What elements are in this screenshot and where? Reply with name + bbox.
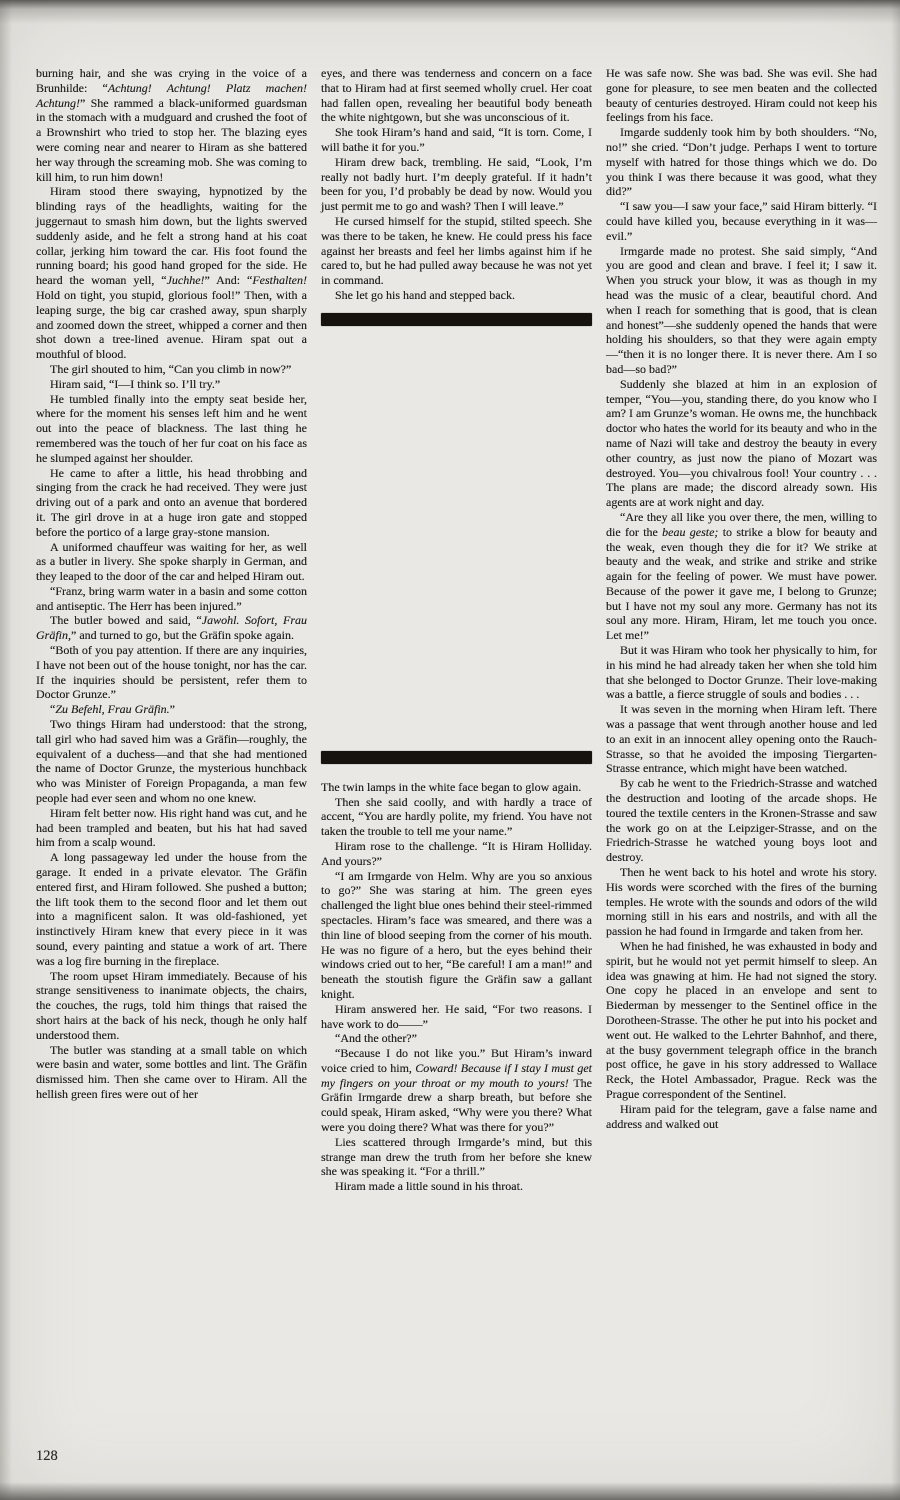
paragraph: He cursed himself for the stupid, stilte… <box>321 214 592 288</box>
paragraph: By cab he went to the Friedrich-Strasse … <box>606 776 877 865</box>
paragraph: “And the other?” <box>321 1031 592 1046</box>
paragraph: The girl shouted to him, “Can you climb … <box>36 362 307 377</box>
paragraph: “Because I do not like you.” But Hiram’s… <box>321 1046 592 1135</box>
paragraph: Suddenly she blazed at him in an explosi… <box>606 377 877 510</box>
paragraph: Hiram drew back, trembling. He said, “Lo… <box>321 155 592 214</box>
paragraph: When he had finished, he was exhausted i… <box>606 939 877 1102</box>
paragraph: “I saw you—I saw your face,” said Hiram … <box>606 199 877 243</box>
paragraph: Hiram rose to the challenge. “It is Hira… <box>321 839 592 869</box>
text-column-2: eyes, and there was tenderness and conce… <box>321 66 592 1194</box>
paragraph: The room upset Hiram immediately. Becaus… <box>36 969 307 1043</box>
text-content: burning hair, and she was crying in the … <box>36 66 878 1194</box>
text-column-1: burning hair, and she was crying in the … <box>36 66 307 1194</box>
paragraph: Then she said coolly, and with hardly a … <box>321 795 592 839</box>
paragraph: She let go his hand and stepped back. <box>321 288 592 303</box>
paragraph: The butler was standing at a small table… <box>36 1043 307 1102</box>
paragraph: “Franz, bring warm water in a basin and … <box>36 584 307 614</box>
paragraph: Lies scattered through Irmgarde’s mind, … <box>321 1135 592 1179</box>
scanned-book-page: burning hair, and she was crying in the … <box>0 0 900 1500</box>
paragraph: He was safe now. She was bad. She was ev… <box>606 66 877 125</box>
paragraph: Hiram said, “I—I think so. I’ll try.” <box>36 377 307 392</box>
paragraph: “Are they all like you over there, the m… <box>606 510 877 643</box>
paragraph: “I am Irmgarde von Helm. Why are you so … <box>321 869 592 1002</box>
paragraph: It was seven in the morning when Hiram l… <box>606 702 877 776</box>
scan-edge-top <box>0 0 900 26</box>
paragraph: But it was Hiram who took her physically… <box>606 643 877 702</box>
paragraph: Hiram paid for the telegram, gave a fals… <box>606 1102 877 1132</box>
paragraph: A long passageway led under the house fr… <box>36 850 307 968</box>
paragraph: Hiram made a little sound in his throat. <box>321 1179 592 1194</box>
paragraph: Two things Hiram had understood: that th… <box>36 717 307 806</box>
paragraph: Hiram felt better now. His right hand wa… <box>36 806 307 850</box>
scan-edge-bottom <box>0 1482 900 1500</box>
paragraph: She took Hiram’s hand and said, “It is t… <box>321 125 592 155</box>
text-column-3: He was safe now. She was bad. She was ev… <box>606 66 877 1194</box>
paragraph: Hiram stood there swaying, hypnotized by… <box>36 184 307 362</box>
paragraph: The twin lamps in the white face began t… <box>321 780 592 795</box>
paragraph: “Zu Befehl, Frau Gräfin.” <box>36 702 307 717</box>
paragraph: He came to after a little, his head thro… <box>36 466 307 540</box>
paragraph: Imgarde suddenly took him by both should… <box>606 125 877 199</box>
paragraph: Then he went back to his hotel and wrote… <box>606 865 877 939</box>
paragraph: “Both of you pay attention. If there are… <box>36 643 307 702</box>
paragraph: Hiram answered her. He said, “For two re… <box>321 1002 592 1032</box>
page-number: 128 <box>36 1448 58 1465</box>
paragraph: He tumbled finally into the empty seat b… <box>36 392 307 466</box>
redaction-bar <box>321 313 592 326</box>
illustration-blank <box>321 326 592 751</box>
redaction-bar <box>321 751 592 764</box>
illustration-blank <box>321 303 592 313</box>
scan-edge-left <box>0 0 12 1500</box>
illustration-blank <box>321 764 592 780</box>
paragraph: Irmgarde made no protest. She said simpl… <box>606 244 877 377</box>
paragraph: burning hair, and she was crying in the … <box>36 66 307 184</box>
scan-edge-right <box>891 0 900 1500</box>
paragraph: A uniformed chauffeur was waiting for he… <box>36 540 307 584</box>
paragraph: The butler bowed and said, “Jawohl. Sofo… <box>36 613 307 643</box>
paragraph: eyes, and there was tenderness and conce… <box>321 66 592 125</box>
